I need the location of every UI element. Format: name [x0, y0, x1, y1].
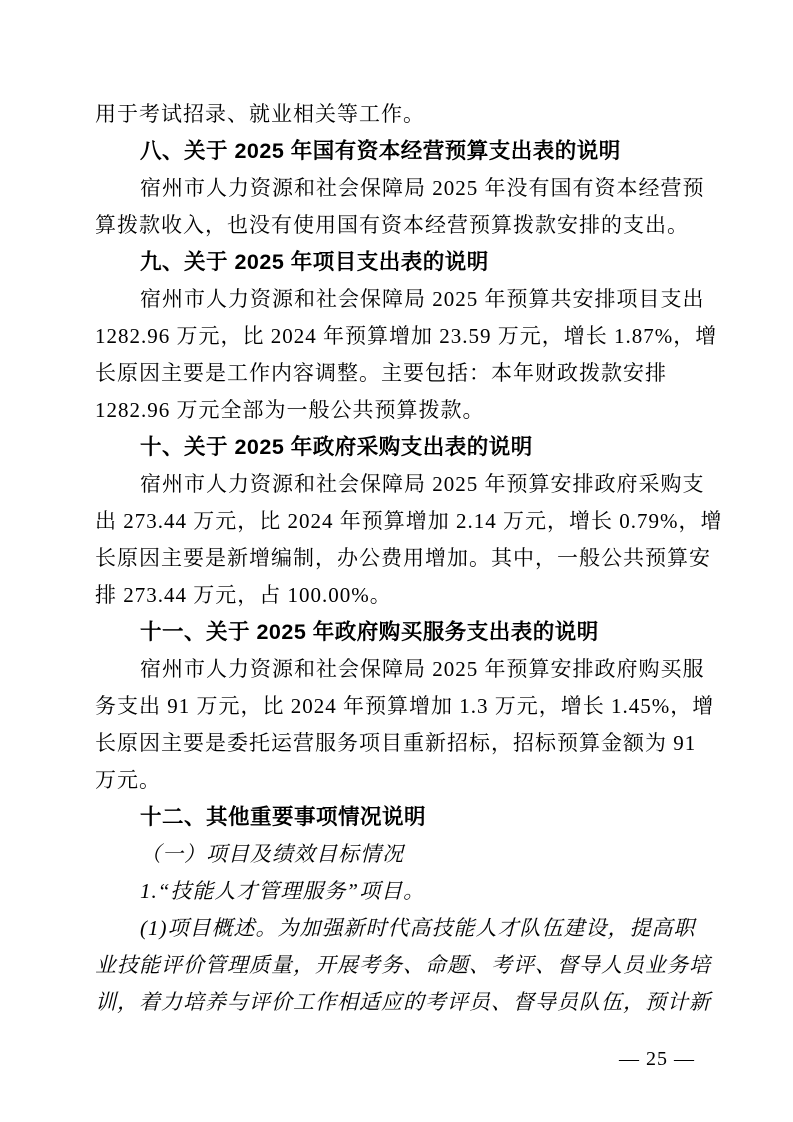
- section-heading: 八、关于 2025 年国有资本经营预算支出表的说明: [95, 133, 707, 170]
- text-line: 训，着力培养与评价工作相适应的考评员、督导员队伍，预计新: [95, 984, 707, 1021]
- section-heading: 十、关于 2025 年政府采购支出表的说明: [95, 429, 707, 466]
- text-line: 出 273.44 万元，比 2024 年预算增加 2.14 万元，增长 0.79…: [95, 503, 707, 540]
- text-line: 宿州市人力资源和社会保障局 2025 年预算共安排项目支出: [95, 281, 707, 318]
- text-line: 算拨款收入，也没有使用国有资本经营预算拨款安排的支出。: [95, 207, 707, 244]
- section-heading: 十二、其他重要事项情况说明: [95, 799, 707, 836]
- text-line: 1.“技能人才管理服务”项目。: [95, 873, 707, 910]
- text-line: 1282.96 万元，比 2024 年预算增加 23.59 万元，增长 1.87…: [95, 318, 707, 355]
- text-line: 宿州市人力资源和社会保障局 2025 年没有国有资本经营预: [95, 170, 707, 207]
- text-line: 长原因主要是工作内容调整。主要包括：本年财政拨款安排: [95, 355, 707, 392]
- text-line: 用于考试招录、就业相关等工作。: [95, 96, 707, 133]
- document-body: 用于考试招录、就业相关等工作。八、关于 2025 年国有资本经营预算支出表的说明…: [95, 96, 707, 1021]
- text-line: 排 273.44 万元，占 100.00%。: [95, 577, 707, 614]
- text-line: 1282.96 万元全部为一般公共预算拨款。: [95, 392, 707, 429]
- section-heading: 九、关于 2025 年项目支出表的说明: [95, 244, 707, 281]
- text-line: (1)项目概述。为加强新时代高技能人才队伍建设，提高职: [95, 910, 707, 947]
- text-line: 宿州市人力资源和社会保障局 2025 年预算安排政府采购支: [95, 466, 707, 503]
- document-page: 用于考试招录、就业相关等工作。八、关于 2025 年国有资本经营预算支出表的说明…: [0, 0, 793, 1122]
- page-footer: — 25 —: [619, 1046, 695, 1072]
- text-line: 业技能评价管理质量，开展考务、命题、考评、督导人员业务培: [95, 947, 707, 984]
- text-line: 务支出 91 万元，比 2024 年预算增加 1.3 万元，增长 1.45%，增: [95, 688, 707, 725]
- text-line: 长原因主要是委托运营服务项目重新招标，招标预算金额为 91: [95, 725, 707, 762]
- text-line: （一）项目及绩效目标情况: [95, 836, 707, 873]
- text-line: 长原因主要是新增编制，办公费用增加。其中，一般公共预算安: [95, 540, 707, 577]
- text-line: 宿州市人力资源和社会保障局 2025 年预算安排政府购买服: [95, 651, 707, 688]
- page-number: — 25 —: [619, 1048, 695, 1070]
- text-line: 万元。: [95, 762, 707, 799]
- section-heading: 十一、关于 2025 年政府购买服务支出表的说明: [95, 614, 707, 651]
